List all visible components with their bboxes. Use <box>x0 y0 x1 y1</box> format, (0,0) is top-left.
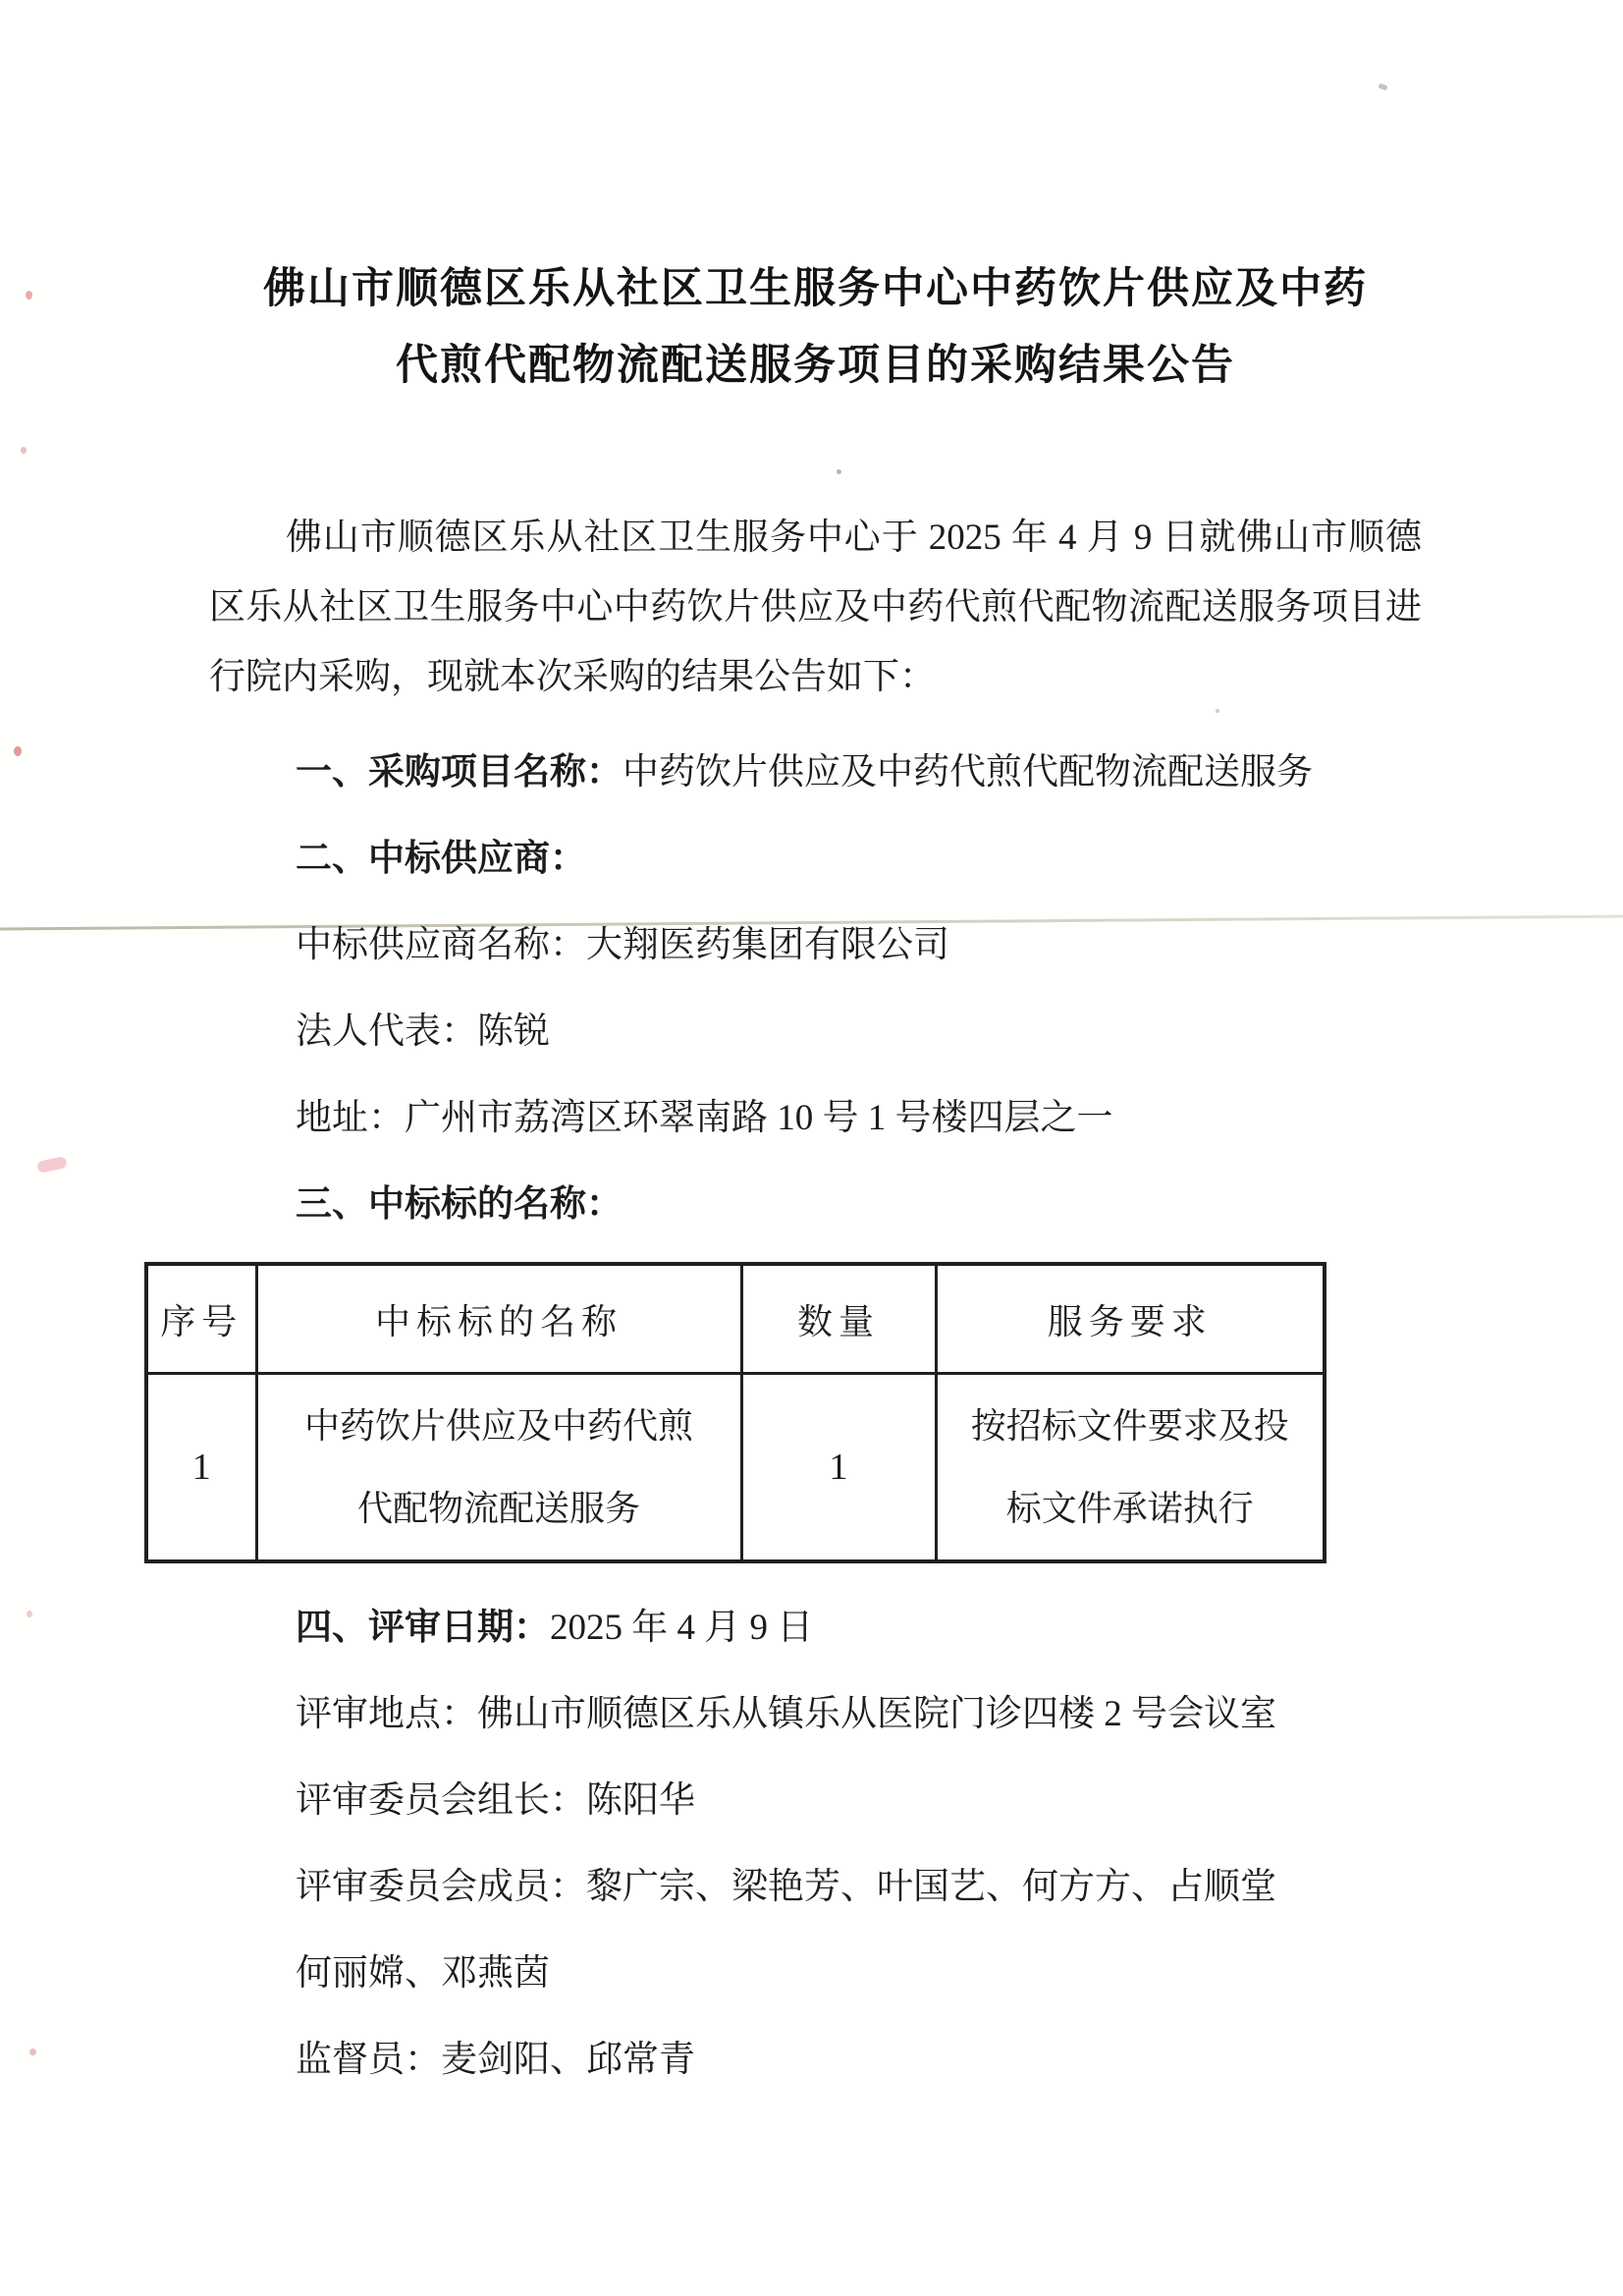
document-title: 佛山市顺德区乐从社区卫生服务中心中药饮片供应及中药 代煎代配物流配送服务项目的采… <box>209 251 1422 405</box>
scan-artifact-speck <box>27 1611 32 1617</box>
award-table-body: 1 中药饮片供应及中药代煎代配物流配送服务 1 按招标文件要求及投标文件承诺执行 <box>146 1374 1325 1562</box>
document-title-line-2: 代煎代配物流配送服务项目的采购结果公告 <box>209 328 1422 405</box>
scan-artifact-speck <box>21 447 27 454</box>
supervisors-line: 监督员：麦剑阳、邱常青 <box>209 2017 1422 2104</box>
section-2-label: 二、中标供应商： <box>296 839 586 879</box>
section-3-line: 三、中标标的名称： <box>209 1162 1422 1248</box>
section-1-label: 一、采购项目名称： <box>296 752 622 793</box>
committee-members-continued-line: 何丽嫦、邓燕茵 <box>209 1931 1422 2017</box>
section-4-value: 2025 年 4 月 9 日 <box>550 1608 813 1648</box>
award-table-header: 序号 中标标的名称 数量 服务要求 <box>146 1264 1325 1374</box>
cell-qty: 1 <box>741 1374 936 1562</box>
award-table: 序号 中标标的名称 数量 服务要求 1 中药饮片供应及中药代煎代配物流配送服务 … <box>144 1262 1326 1563</box>
supplier-address-line: 地址：广州市荔湾区环翠南路 10 号 1 号楼四层之一 <box>209 1075 1422 1162</box>
column-header-seq: 序号 <box>146 1264 256 1374</box>
scan-artifact-speck <box>26 291 32 300</box>
committee-members-line: 评审委员会成员：黎广宗、梁艳芳、叶国艺、何方方、占顺堂 <box>209 1844 1422 1931</box>
section-2-line: 二、中标供应商： <box>209 816 1422 902</box>
section-1-line: 一、采购项目名称：中药饮片供应及中药代煎代配物流配送服务 <box>209 730 1422 816</box>
supplier-name-line: 中标供应商名称：大翔医药集团有限公司 <box>209 902 1422 989</box>
legal-representative-line: 法人代表：陈锐 <box>209 989 1422 1075</box>
column-header-qty: 数量 <box>741 1264 936 1374</box>
scanned-document-page: 佛山市顺德区乐从社区卫生服务中心中药饮片供应及中药 代煎代配物流配送服务项目的采… <box>0 0 1623 2296</box>
review-location-line: 评审地点：佛山市顺德区乐从镇乐从医院门诊四楼 2 号会议室 <box>209 1671 1422 1758</box>
column-header-requirement: 服务要求 <box>936 1264 1325 1374</box>
section-4-line: 四、评审日期：2025 年 4 月 9 日 <box>209 1585 1422 1671</box>
committee-leader-line: 评审委员会组长：陈阳华 <box>209 1758 1422 1844</box>
scan-artifact-smudge <box>36 1156 68 1174</box>
section-1-value: 中药饮片供应及中药代煎代配物流配送服务 <box>622 752 1313 793</box>
sections-block: 一、采购项目名称：中药饮片供应及中药代煎代配物流配送服务 二、中标供应商： 中标… <box>209 730 1422 1248</box>
scan-artifact-speck <box>14 746 22 756</box>
document-content: 佛山市顺德区乐从社区卫生服务中心中药饮片供应及中药 代煎代配物流配送服务项目的采… <box>209 0 1422 2104</box>
review-block: 四、评审日期：2025 年 4 月 9 日 评审地点：佛山市顺德区乐从镇乐从医院… <box>209 1585 1422 2104</box>
scan-artifact-speck <box>29 2049 36 2055</box>
column-header-name: 中标标的名称 <box>256 1264 741 1374</box>
section-3-label: 三、中标标的名称： <box>296 1184 622 1225</box>
cell-name: 中药饮片供应及中药代煎代配物流配送服务 <box>256 1374 741 1562</box>
table-row: 1 中药饮片供应及中药代煎代配物流配送服务 1 按招标文件要求及投标文件承诺执行 <box>146 1374 1325 1562</box>
cell-seq: 1 <box>146 1374 256 1562</box>
document-title-line-1: 佛山市顺德区乐从社区卫生服务中心中药饮片供应及中药 <box>209 251 1422 328</box>
intro-paragraph: 佛山市顺德区乐从社区卫生服务中心于 2025 年 4 月 9 日就佛山市顺德区乐… <box>209 503 1422 712</box>
award-table-header-row: 序号 中标标的名称 数量 服务要求 <box>146 1264 1325 1374</box>
section-4-label: 四、评审日期： <box>296 1608 550 1648</box>
cell-requirement: 按招标文件要求及投标文件承诺执行 <box>936 1374 1325 1562</box>
